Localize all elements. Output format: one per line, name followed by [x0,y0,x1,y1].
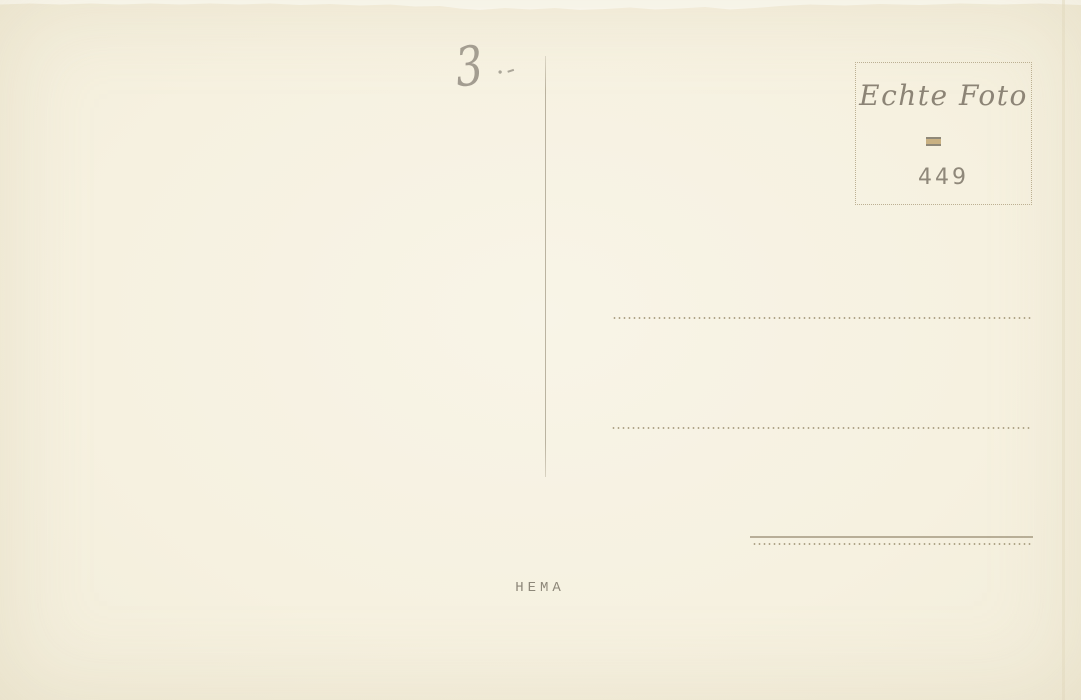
publisher-imprint: HEMA [440,580,640,596]
address-line-2 [611,427,1030,429]
torn-paper-edge [0,0,1081,14]
handwritten-price-dash: ·- [492,53,521,88]
signature-line-solid [750,536,1033,538]
center-divider-line [545,56,546,477]
stamp-box: Echte Foto 449 [855,62,1032,205]
scan-crease [1062,0,1065,700]
handwritten-price-figure: 3 [453,39,486,96]
stamp-box-number: 449 [856,165,1031,190]
stamp-box-label: Echte Foto [856,79,1031,112]
address-line-1 [612,317,1032,319]
equals-mark-icon [926,137,941,146]
postcard-back: 3 ·- Echte Foto 449 HEMA [0,0,1081,700]
signature-line-dotted [752,543,1033,545]
